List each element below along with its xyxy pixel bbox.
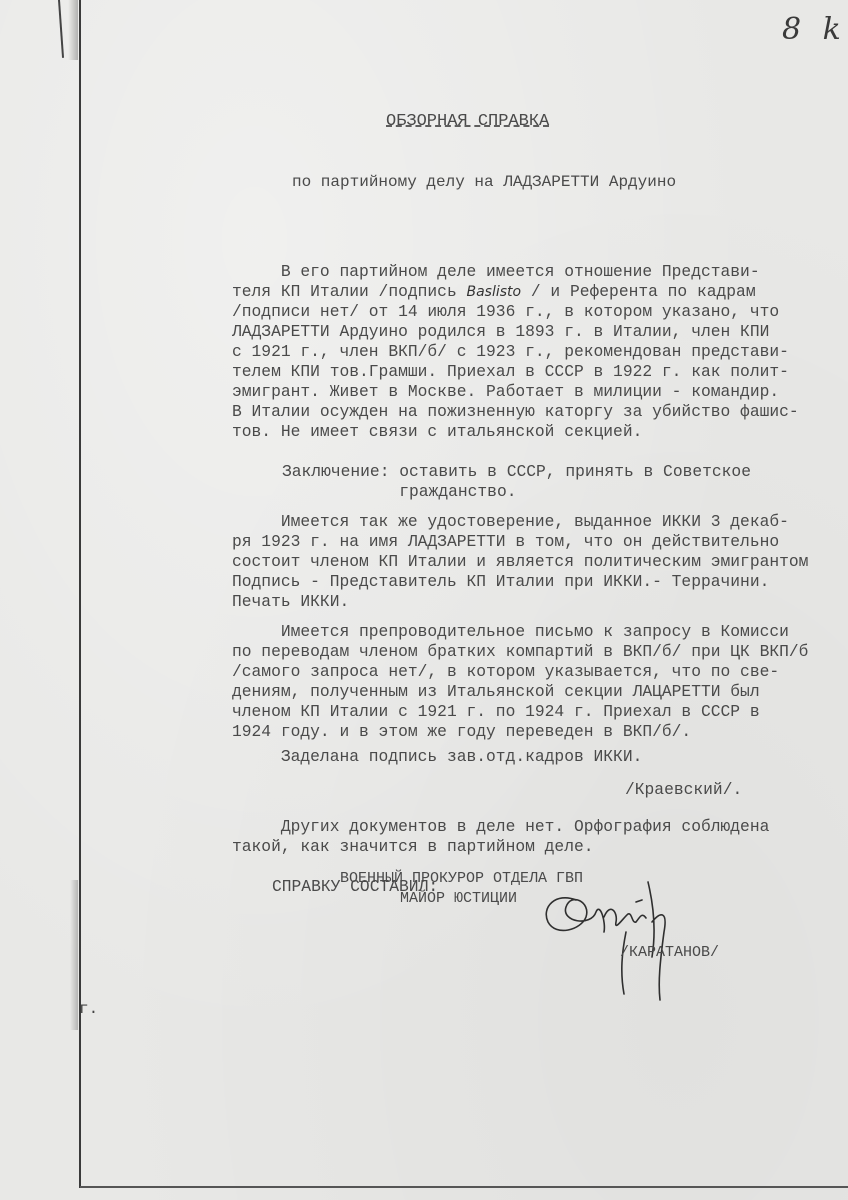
binding-shadow bbox=[70, 880, 78, 1030]
text-line: В Италии осужден на пожизненную каторгу … bbox=[232, 402, 799, 422]
text-line: /самого запроса нет/, в котором указывае… bbox=[232, 662, 779, 682]
text-line: /подписи нет/ от 14 июля 1936 г., в кото… bbox=[232, 302, 779, 322]
text-line: состоит членом КП Италии и является поли… bbox=[232, 552, 808, 572]
binding-edge bbox=[58, 0, 64, 58]
document-page: 8 k ОБЗОРНАЯ СПРАВКА по партийному делу … bbox=[0, 0, 848, 1200]
page-bottom-edge bbox=[80, 1186, 848, 1188]
document-subtitle: по партийному делу на ЛАДЗАРЕТТИ Ардуино bbox=[292, 173, 676, 191]
text-line: Других документов в деле нет. Орфография… bbox=[232, 817, 769, 837]
text-line: 1924 году. и в этом же году переведен в … bbox=[232, 722, 691, 742]
text-line: ря 1923 г. на имя ЛАДЗАРЕТТИ в том, что … bbox=[232, 532, 779, 552]
text-line: эмигрант. Живет в Москве. Работает в мил… bbox=[232, 382, 779, 402]
text-line: Имеется так же удостоверение, выданное И… bbox=[232, 512, 789, 532]
signatory-name: /Краевский/. bbox=[625, 780, 742, 800]
text-line: гражданство. bbox=[282, 482, 517, 502]
document-title: ОБЗОРНАЯ СПРАВКА bbox=[386, 112, 549, 131]
text-line: В его партийном деле имеется отношение П… bbox=[232, 262, 760, 282]
text-line: дениям, полученным из Итальянской секции… bbox=[232, 682, 760, 702]
text-segment: / и Референта по кадрам bbox=[521, 282, 756, 301]
signer-name: /КАРАТАНОВ/ bbox=[620, 944, 719, 961]
text-line: Имеется препроводительное письмо к запро… bbox=[232, 622, 789, 642]
text-line: телем КПИ тов.Грамши. Приехал в СССР в 1… bbox=[232, 362, 789, 382]
binding-shadow bbox=[68, 0, 78, 60]
text-line: ЛАДЗАРЕТТИ Ардуино родился в 1893 г. в И… bbox=[232, 322, 769, 342]
text-line: с 1921 г., член ВКП/б/ с 1923 г., рекоме… bbox=[232, 342, 789, 362]
text-segment: теля КП Италии /подпись bbox=[232, 282, 467, 301]
text-line: Заделана подпись зав.отд.кадров ИККИ. bbox=[232, 747, 642, 767]
handwritten-page-number: 8 k bbox=[782, 12, 847, 47]
text-line: по переводам членом братких компартий в … bbox=[232, 642, 808, 662]
handwritten-signature-name: Baslisto bbox=[467, 284, 522, 300]
text-line: тов. Не имеет связи с итальянской секцие… bbox=[232, 422, 642, 442]
text-line: членом КП Италии с 1921 г. по 1924 г. Пр… bbox=[232, 702, 760, 722]
text-line: Подпись - Представитель КП Италии при ИК… bbox=[232, 572, 769, 592]
text-line: такой, как значится в партийном деле. bbox=[232, 837, 594, 857]
margin-mark: г. bbox=[79, 1000, 98, 1018]
text-line: Заключение: оставить в СССР, принять в С… bbox=[282, 462, 751, 482]
signer-rank: МАЙОР ЮСТИЦИИ bbox=[400, 890, 517, 907]
text-line: теля КП Италии /подпись Baslisto / и Реф… bbox=[232, 282, 756, 302]
handwritten-signature-icon bbox=[536, 862, 676, 1002]
text-line: Печать ИККИ. bbox=[232, 592, 349, 612]
